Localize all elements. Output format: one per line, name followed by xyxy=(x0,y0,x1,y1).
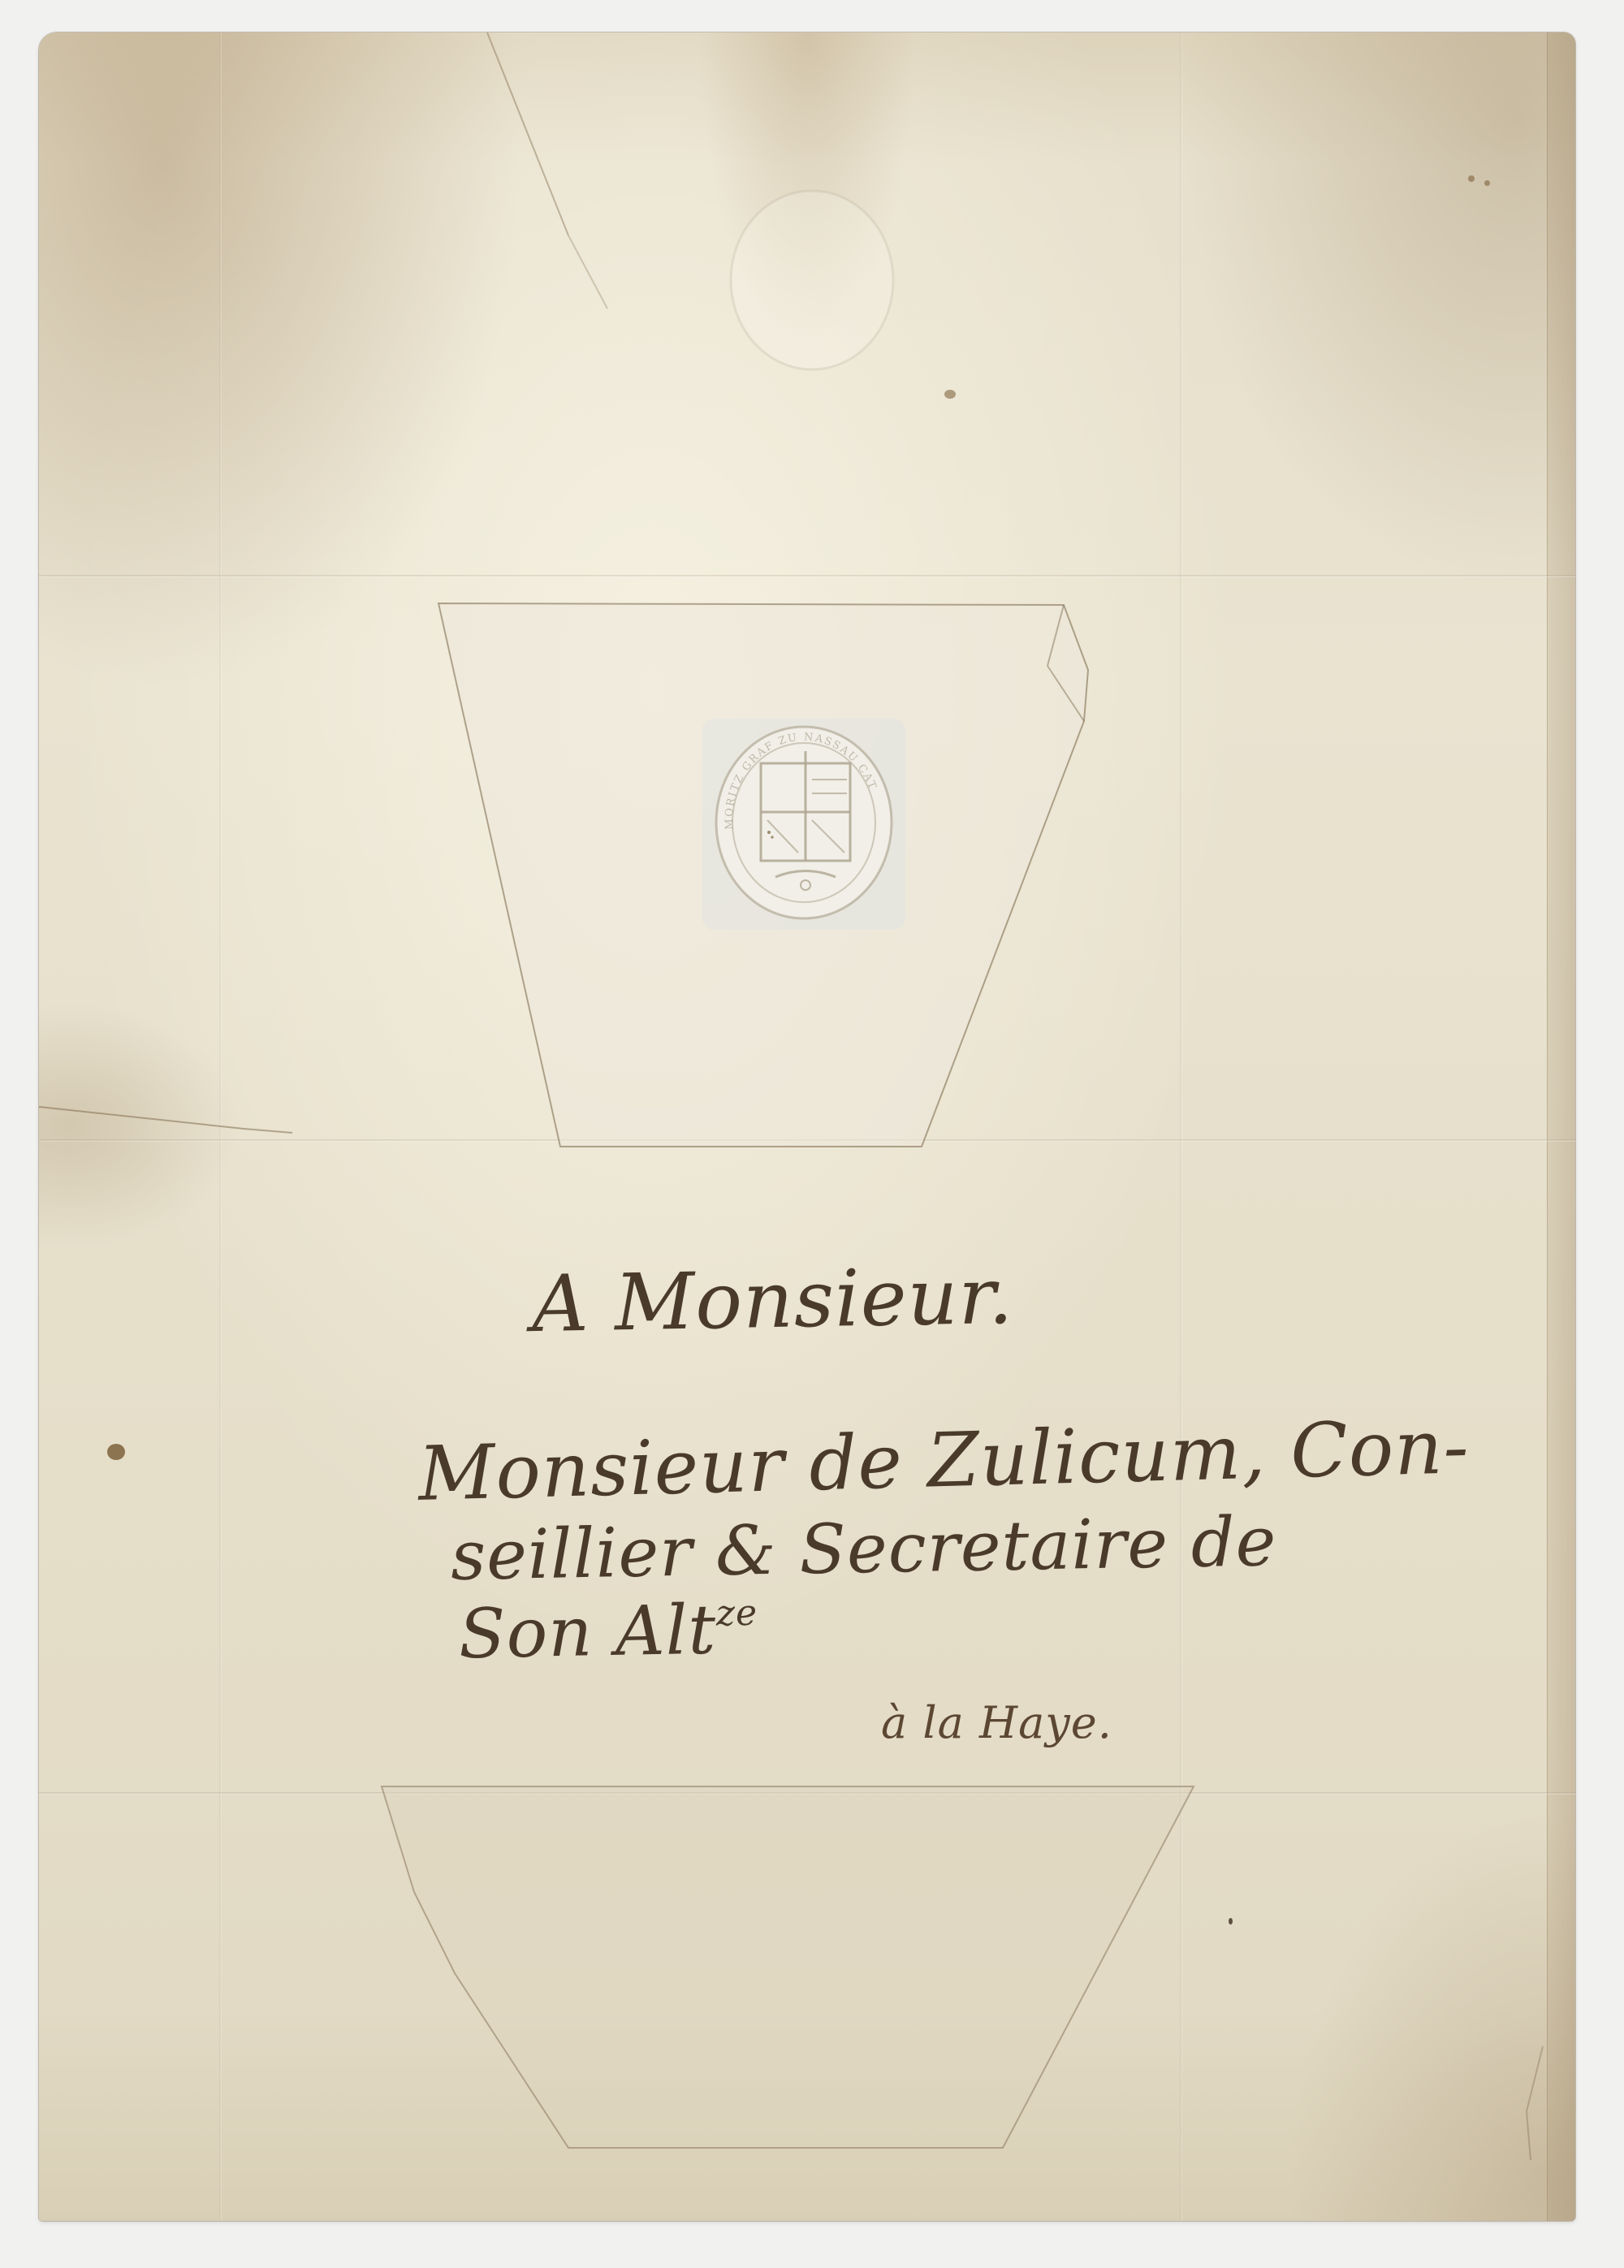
ink-stain xyxy=(1229,1918,1233,1925)
ink-stain xyxy=(1468,175,1475,182)
address-destination: à la Haye. xyxy=(881,1697,1112,1748)
letter-sheet xyxy=(39,32,1575,2221)
vertical-fold-crease-left xyxy=(219,32,222,2221)
horizontal-fold-crease-upper xyxy=(39,575,1575,577)
address-salutation: A Monsieur. xyxy=(531,1251,1014,1350)
address-recipient-line-3: Son Altze xyxy=(458,1589,758,1674)
ink-stain xyxy=(944,390,956,399)
horizontal-fold-crease-lower xyxy=(39,1792,1575,1795)
address-title: Son Alt xyxy=(458,1590,717,1674)
address-title-superscript: ze xyxy=(715,1592,758,1635)
ink-stain xyxy=(107,1444,125,1460)
embossed-seal: MORITZ GRAF ZU NASSAU CAT xyxy=(702,719,905,930)
address-recipient-line-2: seillier & Secretaire de xyxy=(450,1501,1277,1596)
horizontal-fold-crease-middle xyxy=(39,1139,1575,1142)
ink-stain xyxy=(1484,180,1490,186)
vertical-fold-crease-right xyxy=(1180,32,1182,2221)
